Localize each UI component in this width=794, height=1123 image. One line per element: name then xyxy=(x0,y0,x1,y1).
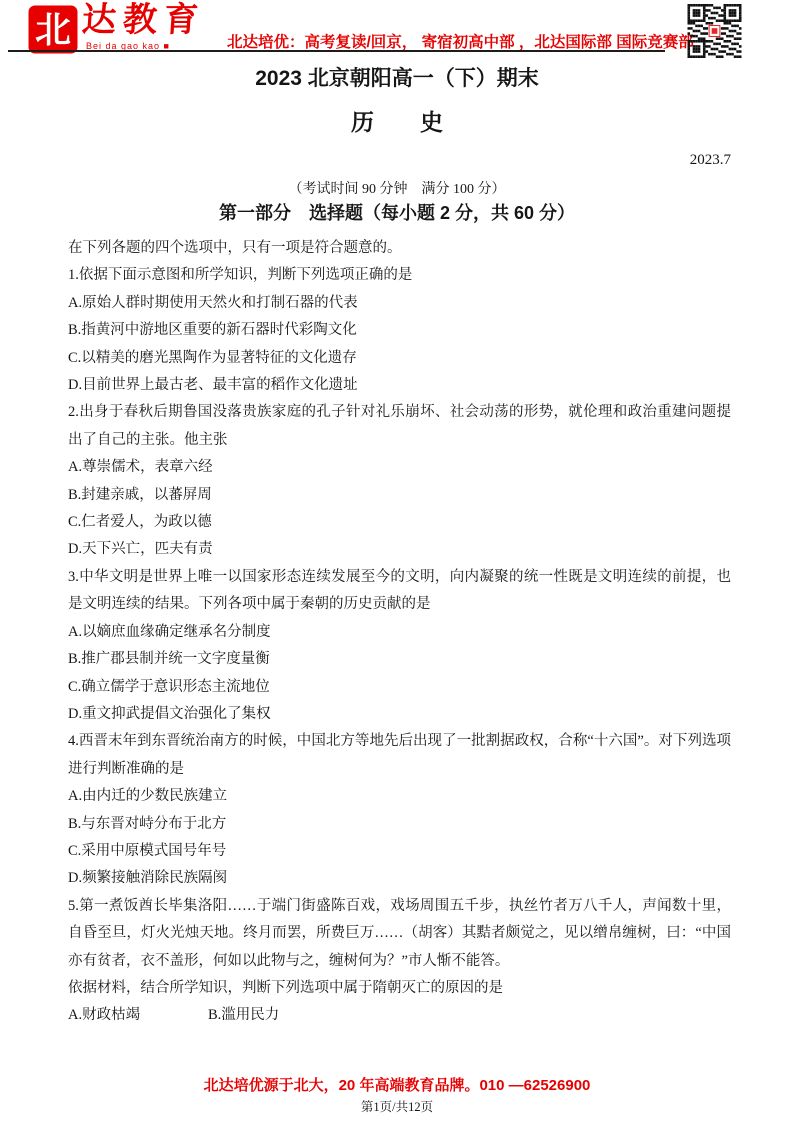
question-option: C.以精美的磨光黑陶作为显著特征的文化遗存 xyxy=(68,345,731,372)
question-option: A.原始人群时期使用天然火和打制石器的代表 xyxy=(68,290,731,317)
question-1: 1.依据下面示意图和所学知识，判断下列选项正确的是 A.原始人群时期使用天然火和… xyxy=(68,262,731,399)
footer-promo: 北达培优源于北大，20 年高端教育品牌。010 —62526900 xyxy=(0,1074,794,1095)
section-heading: 第一部分 选择题（每小题 2 分，共 60 分） xyxy=(0,199,794,225)
brand-seal-icon: 北 xyxy=(30,7,76,52)
question-prompt: 依据材料，结合所学知识，判断下列选项中属于隋朝灭亡的原因的是 xyxy=(68,975,731,1002)
question-option: B.封建亲戚，以蕃屏周 xyxy=(68,482,731,509)
question-3: 3.中华文明是世界上唯一以国家形态连续发展至今的文明，向内凝聚的统一性既是文明连… xyxy=(68,564,731,728)
question-option: A.由内迁的少数民族建立 xyxy=(68,783,731,810)
question-option: C.采用中原模式国号年号 xyxy=(68,838,731,865)
question-option: D.天下兴亡，匹夫有责 xyxy=(68,536,731,563)
subject-title: 历 史 xyxy=(0,104,794,137)
question-option: A.尊崇儒术，表章六经 xyxy=(68,454,731,481)
question-option: A.财政枯竭 xyxy=(68,1002,208,1029)
question-option: D.重文抑武提倡文治强化了集权 xyxy=(68,701,731,728)
question-4: 4.西晋末年到东晋统治南方的时候，中国北方等地先后出现了一批割据政权，合称“十六… xyxy=(68,728,731,892)
exam-meta: （考试时间 90 分钟 满分 100 分） xyxy=(0,178,794,198)
question-5: 5.第一煮饭酋长毕集洛阳……于端门街盛陈百戏，戏场周围五千步，执丝竹者万八千人，… xyxy=(68,893,731,1030)
exam-date: 2023.7 xyxy=(690,152,731,169)
question-stem: 2.出身于春秋后期鲁国没落贵族家庭的孔子针对礼乐崩坏、社会动荡的形势，就伦理和政… xyxy=(68,399,731,454)
question-stem: 3.中华文明是世界上唯一以国家形态连续发展至今的文明，向内凝聚的统一性既是文明连… xyxy=(68,564,731,619)
question-stem: 5.第一煮饭酋长毕集洛阳……于端门街盛陈百戏，戏场周围五千步，执丝竹者万八千人，… xyxy=(68,893,731,975)
exam-body: 在下列各题的四个选项中，只有一项是符合题意的。 1.依据下面示意图和所学知识，判… xyxy=(68,235,731,1030)
question-option: B.与东晋对峙分布于北方 xyxy=(68,811,731,838)
exam-page: 北 达教育 Bei da gao kao ■ 北达培优：高考复读/回京， 寄宿初… xyxy=(0,0,794,1123)
question-option: B.推广郡县制并统一文字度量衡 xyxy=(68,646,731,673)
question-option: D.目前世界上最古老、最丰富的稻作文化遗址 xyxy=(68,372,731,399)
question-option: B.指黄河中游地区重要的新石器时代彩陶文化 xyxy=(68,317,731,344)
header-divider xyxy=(8,50,665,52)
page-number: 第1页/共12页 xyxy=(0,1097,794,1115)
question-inline-options: A.财政枯竭 B.滥用民力 xyxy=(68,1002,731,1029)
question-option: D.频繁接触消除民族隔阂 xyxy=(68,865,731,892)
question-option: C.确立儒学于意识形态主流地位 xyxy=(68,674,731,701)
question-2: 2.出身于春秋后期鲁国没落贵族家庭的孔子针对礼乐崩坏、社会动荡的形势，就伦理和政… xyxy=(68,399,731,563)
qr-code xyxy=(687,4,742,58)
question-option: B.滥用民力 xyxy=(208,1002,279,1029)
question-stem: 4.西晋末年到东晋统治南方的时候，中国北方等地先后出现了一批割据政权，合称“十六… xyxy=(68,728,731,783)
question-stem: 1.依据下面示意图和所学知识，判断下列选项正确的是 xyxy=(68,262,731,289)
instructions: 在下列各题的四个选项中，只有一项是符合题意的。 xyxy=(68,235,731,262)
question-option: C.仁者爱人，为政以德 xyxy=(68,509,731,536)
question-option: A.以嫡庶血缘确定继承名分制度 xyxy=(68,619,731,646)
header-tagline: 北达培优：高考复读/回京， 寄宿初高中部 ，北达国际部 国际竞赛部 xyxy=(227,30,667,52)
brand-name: 达教育 xyxy=(81,2,207,39)
seal-character: 北 xyxy=(35,12,71,48)
exam-title: 2023 北京朝阳高一（下）期末 xyxy=(0,62,794,92)
